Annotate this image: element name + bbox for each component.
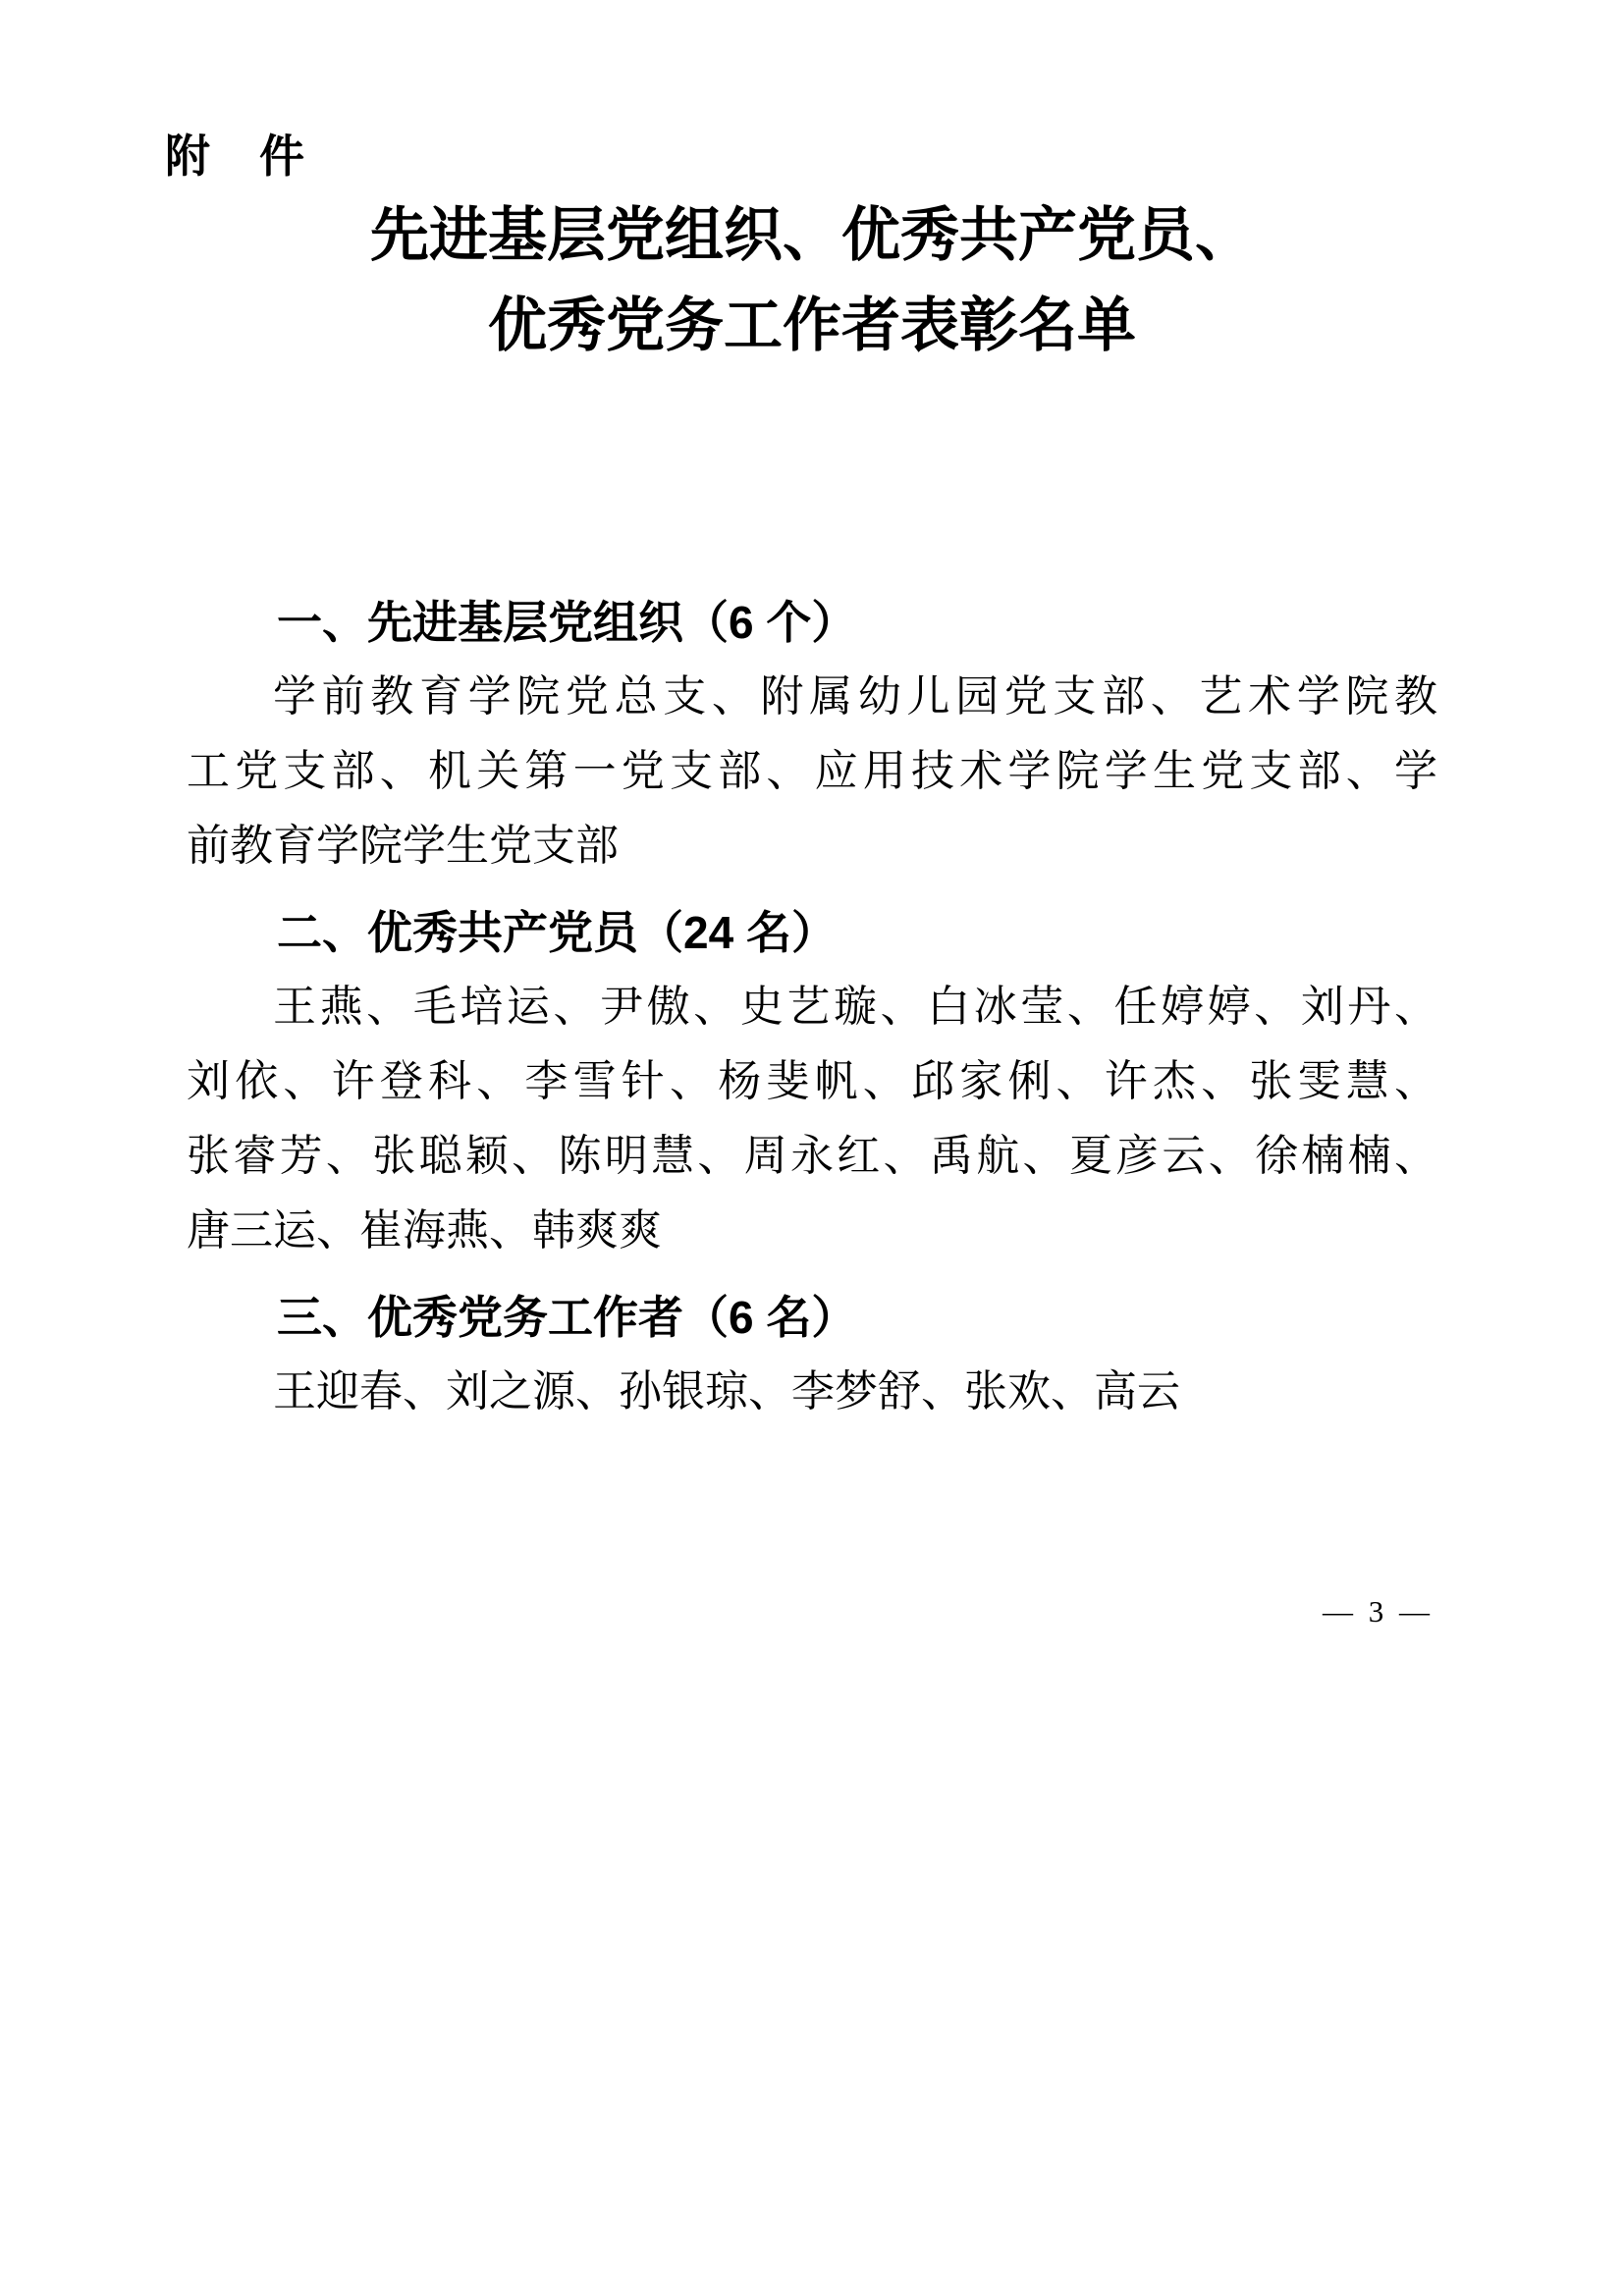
section-3-line-1: 王迎春、刘之源、孙银琼、李梦舒、张欢、高云 (187, 1355, 1437, 1429)
document-title-line-2: 优秀党务工作者表彰名单 (187, 281, 1437, 371)
section-2-line-4: 唐三运、崔海燕、韩爽爽 (187, 1194, 1437, 1268)
section-2-heading: 二、优秀共产党员（24 名） (187, 895, 1437, 970)
section-2-line-2: 刘依、许登科、李雪针、杨斐帆、邱家俐、许杰、张雯慧、 (187, 1044, 1437, 1119)
page-number: — 3 — (1323, 1592, 1434, 1631)
section-2-line-1: 王燕、毛培运、尹傲、史艺璇、白冰莹、任婷婷、刘丹、 (187, 970, 1437, 1044)
section-3-heading: 三、优秀党务工作者（6 名） (187, 1280, 1437, 1355)
document-title-line-1: 先进基层党组织、优秀共产党员、 (187, 190, 1437, 281)
section-1-line-3: 前教育学院学生党支部 (187, 809, 1437, 883)
section-1-line-2: 工党支部、机关第一党支部、应用技术学院学生党支部、学 (187, 734, 1437, 809)
document-page: 附 件 先进基层党组织、优秀共产党员、 优秀党务工作者表彰名单 一、先进基层党组… (0, 0, 1624, 2296)
section-2-line-3: 张睿芳、张聪颖、陈明慧、周永红、禹航、夏彦云、徐楠楠、 (187, 1119, 1437, 1194)
document-title: 先进基层党组织、优秀共产党员、 优秀党务工作者表彰名单 (187, 190, 1437, 371)
section-1-line-1: 学前教育学院党总支、附属幼儿园党支部、艺术学院教 (187, 660, 1437, 734)
section-1-heading: 一、先进基层党组织（6 个） (187, 585, 1437, 660)
attachment-label: 附 件 (165, 130, 1437, 183)
